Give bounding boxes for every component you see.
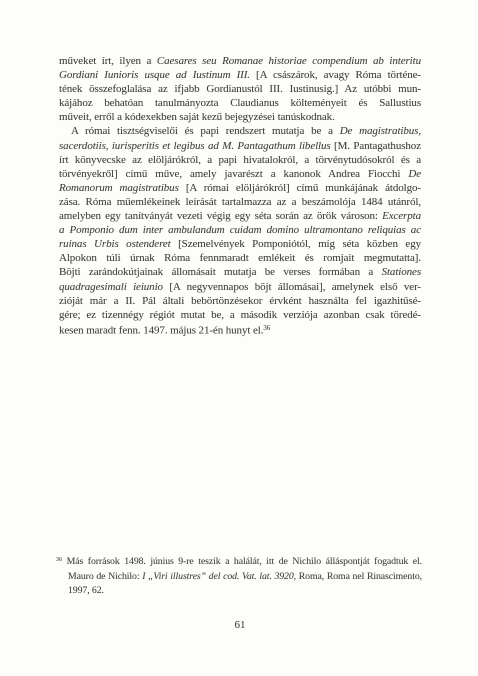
text-run: Alpokon túli úrnak Róma fennmaradt emlék…: [59, 252, 421, 264]
text-line: A római tisztségviselői és papi rendszer…: [59, 124, 421, 138]
text-run: [M. Pantagathushoz: [331, 140, 421, 152]
text-line: sacerdotiis, iurisperitis et legibus ad …: [59, 139, 421, 153]
italic-text-run: Caesares seu Romanae historiae compendiu…: [157, 55, 421, 67]
italic-text-run: Romanorum magistratibus: [59, 182, 179, 194]
text-run: [A császárok, avagy Róma történe-: [250, 69, 421, 81]
text-line: zása. Róma műemlékeinek leírását tartalm…: [59, 195, 421, 209]
text-run: kesen maradt fenn. 1497. május 21-én hun…: [59, 324, 263, 336]
text-line: gére; ez tizennégy régiót mutat be, a má…: [59, 308, 421, 322]
italic-text-run: quadragesimali ieiunio: [59, 281, 163, 293]
italic-text-run: De: [408, 168, 421, 180]
italic-text-run: Stationes: [382, 266, 421, 278]
italic-text-run: Gordiani Iunioris usque ad Iustinum III.: [59, 69, 250, 81]
text-line: Gordiani Iunioris usque ad Iustinum III.…: [59, 68, 421, 82]
text-run: 1997, 62.: [68, 585, 104, 596]
italic-text-run: De magistratibus,: [340, 125, 421, 137]
text-line: írt könyvecske az elöljárókról, a papi h…: [59, 153, 421, 167]
main-text: műveket írt, ilyen a Caesares seu Romana…: [59, 54, 421, 337]
text-line: Alpokon túli úrnak Róma fennmaradt emlék…: [59, 251, 421, 265]
text-line: Böjti zarándokútjainak állomásait mutatj…: [59, 265, 421, 279]
italic-text-run: I „Viri illustres” del cod. Vat. lat. 39…: [142, 571, 293, 582]
text-run: amelyben egy tanítványát vezeti végig eg…: [59, 210, 382, 222]
text-run: [Szemelvények Pomponiótól, míg séta közb…: [171, 238, 421, 250]
text-line: kesen maradt fenn. 1497. május 21-én hun…: [59, 322, 421, 338]
document-page: műveket írt, ilyen a Caesares seu Romana…: [0, 0, 478, 676]
text-line: tének összefoglalása az ifjabb Gordianus…: [59, 82, 421, 96]
text-run: A római tisztségviselői és papi rendszer…: [71, 125, 340, 137]
italic-text-run: ruinas Urbis ostenderet: [59, 238, 171, 250]
text-line: kájához behatóan tanulmányozta Claudianu…: [59, 96, 421, 110]
text-run: műveit, erről a kódexekben saját kezű be…: [59, 111, 335, 123]
text-run: Mauro de Nichilo:: [68, 571, 142, 582]
footnote-line: Mauro de Nichilo: I „Viri illustres” del…: [68, 570, 422, 585]
text-line: a Pomponio dum inter ambulandum cuidam d…: [59, 223, 421, 237]
text-line: ruinas Urbis ostenderet [Szemelvények Po…: [59, 237, 421, 251]
text-line: Romanorum magistratibus [A római elöljár…: [59, 181, 421, 195]
text-run: zása. Róma műemlékeinek leírását tartalm…: [59, 196, 421, 208]
text-run: kájához behatóan tanulmányozta Claudianu…: [59, 97, 421, 109]
text-run: [A negyvennapos böjt állomásai], amelyne…: [163, 281, 421, 293]
footnote: 36 Más források 1498. június 9-re teszik…: [68, 553, 422, 599]
text-line: műveket írt, ilyen a Caesares seu Romana…: [59, 54, 421, 68]
text-line: műveit, erről a kódexekben saját kezű be…: [59, 110, 421, 124]
paragraph: műveket írt, ilyen a Caesares seu Romana…: [59, 54, 421, 124]
text-line: amelyben egy tanítványát vezeti végig eg…: [59, 209, 421, 223]
text-run: törvényekről] című műve, amely javarészt…: [59, 168, 408, 180]
italic-text-run: Excerpta: [382, 210, 421, 222]
text-run: [A római elöljárókról] című munkájának á…: [179, 182, 421, 194]
text-run: zióját már a II. Pál általi bebörtönzése…: [59, 295, 421, 307]
text-run: gére; ez tizennégy régiót mutat be, a má…: [59, 309, 421, 321]
italic-text-run: sacerdotiis, iurisperitis et legibus ad …: [59, 140, 331, 152]
text-run: Böjti zarándokútjainak állomásait mutatj…: [59, 266, 382, 278]
text-line: zióját már a II. Pál általi bebörtönzése…: [59, 294, 421, 308]
text-run: írt könyvecske az elöljárókról, a papi h…: [59, 154, 421, 166]
paragraph: A római tisztségviselői és papi rendszer…: [59, 124, 421, 337]
text-run: Más források 1498. június 9-re teszik a …: [62, 556, 422, 567]
footnote-line: 1997, 62.: [68, 584, 422, 599]
footnote-line: 36 Más források 1498. június 9-re teszik…: [68, 553, 422, 570]
text-run: műveket írt, ilyen a: [59, 55, 157, 67]
italic-text-run: a Pomponio dum inter ambulandum cuidam d…: [59, 224, 421, 236]
text-run: tének összefoglalása az ifjabb Gordianus…: [59, 83, 421, 95]
text-line: törvényekről] című műve, amely javarészt…: [59, 167, 421, 181]
text-line: quadragesimali ieiunio [A negyvennapos b…: [59, 280, 421, 294]
text-run: , Roma, Roma nel Rinascimento,: [294, 571, 422, 582]
footnote-ref: 36: [263, 325, 270, 332]
page-number: 61: [59, 619, 421, 631]
